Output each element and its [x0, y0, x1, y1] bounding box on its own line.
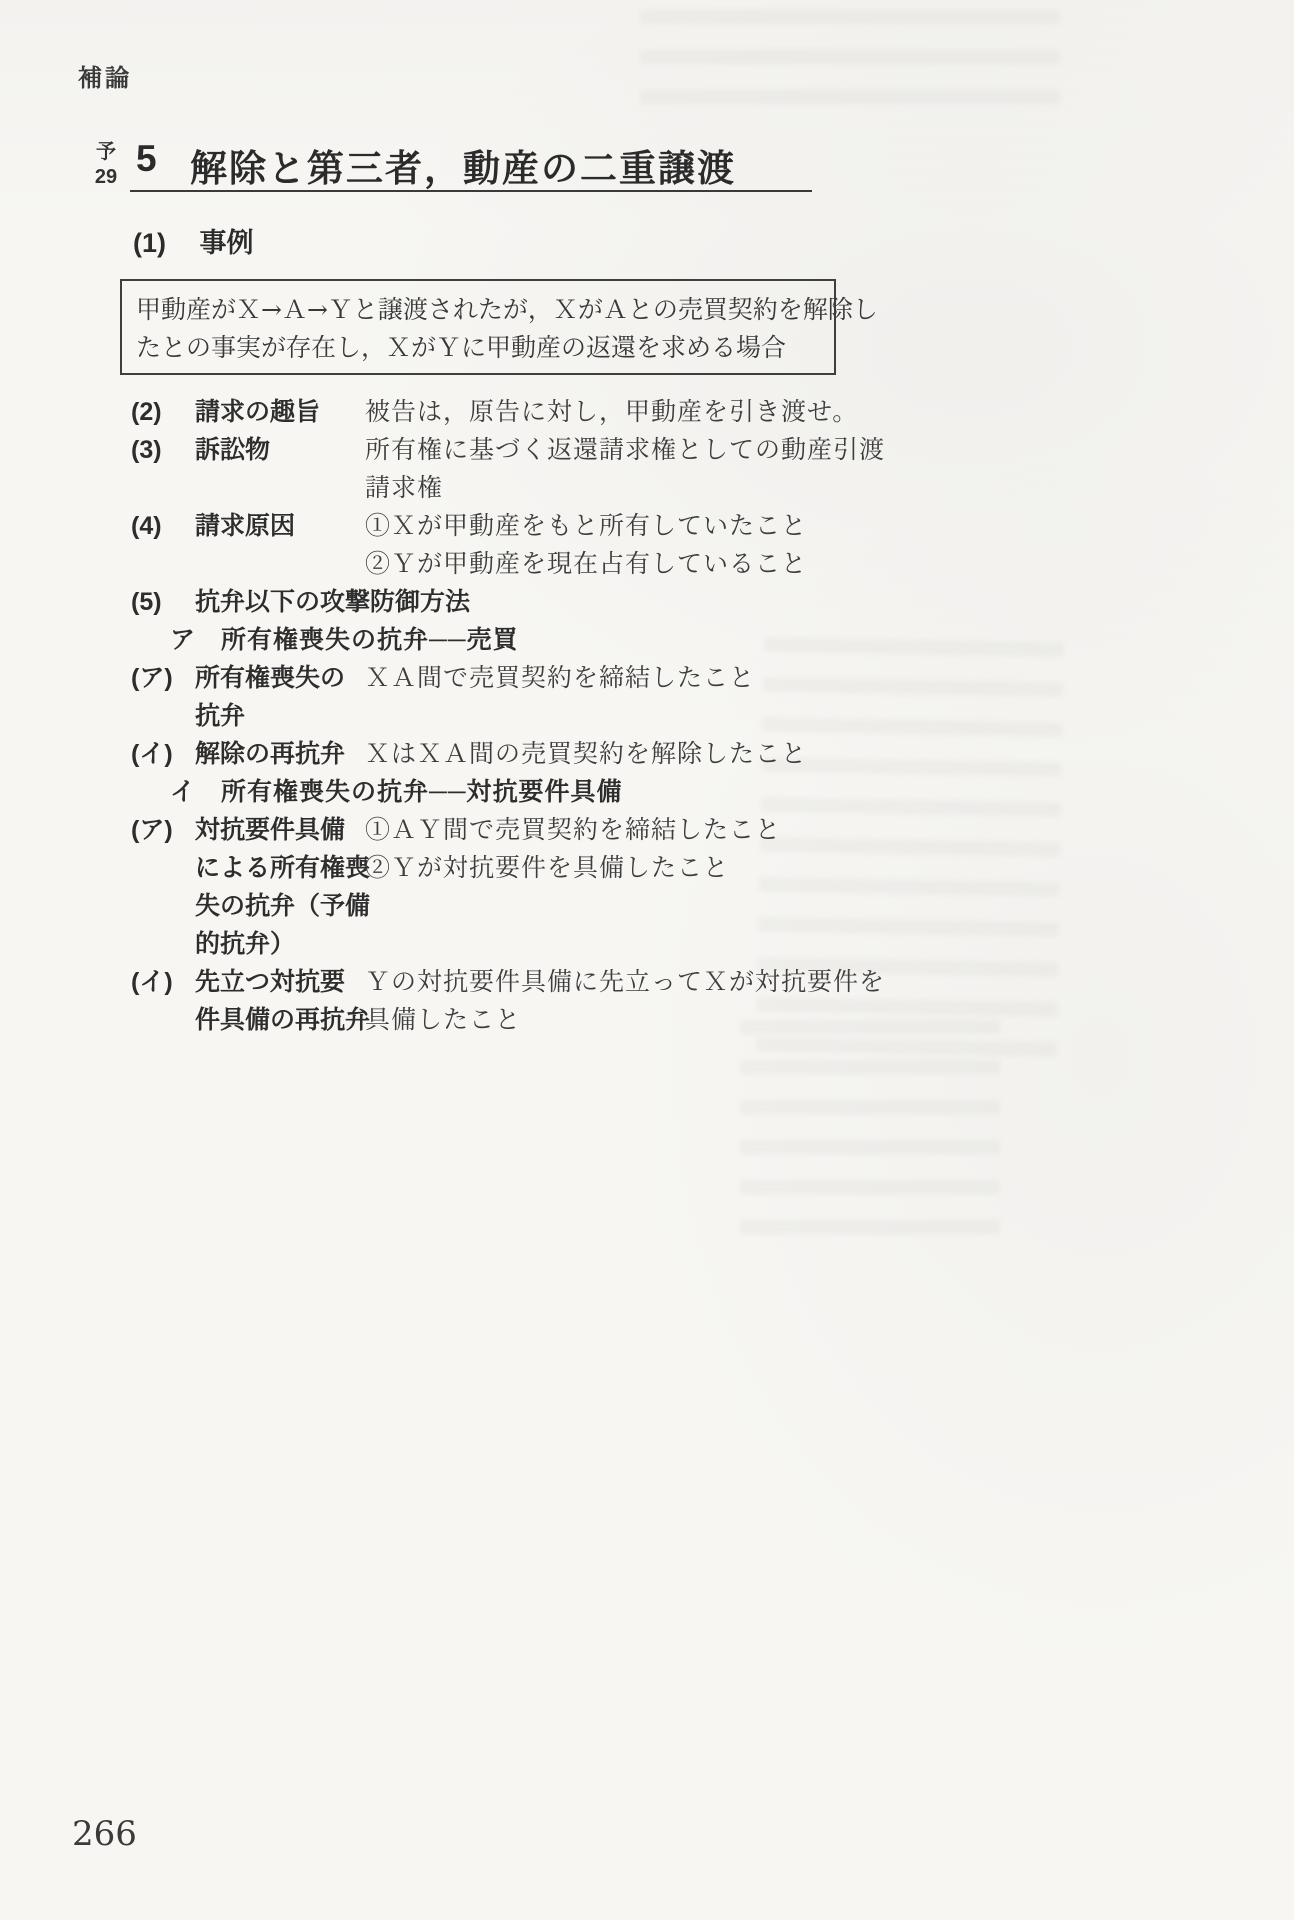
- bleed-through-artifact: [740, 1020, 1000, 1240]
- case-box-line: 甲動産がＸ→Ａ→Ｙと譲渡されたが，ＸがＡとの売買契約を解除し: [136, 291, 824, 329]
- subheading-ownership-loss-sale: ア所有権喪失の抗弁──売買: [131, 621, 1191, 659]
- row-label-line: 対抗要件具備: [195, 811, 365, 849]
- row-content: ＸはＸＡ間の売買契約を解除したこと: [365, 735, 1191, 773]
- row-perfection-defense: (ア) 対抗要件具備 による所有権喪 失の抗弁（予備 的抗弁） ①ＡＹ間で売買契…: [131, 811, 1191, 963]
- title-underline: [130, 190, 812, 192]
- row-label-line: 解除の再抗弁: [195, 735, 365, 773]
- row-content-line: ①ＡＹ間で売買契約を締結したこと: [365, 811, 1191, 849]
- row-label: 訴訟物: [195, 431, 365, 469]
- margin-mark-number: 29: [84, 165, 128, 190]
- row-label: 先立つ対抗要 件具備の再抗弁: [195, 963, 365, 1039]
- row-number: (ア): [131, 811, 195, 849]
- section-number: 5: [136, 138, 157, 180]
- row-label: 解除の再抗弁: [195, 735, 365, 773]
- case-heading-number: (1): [133, 228, 166, 258]
- row-content-line: 被告は，原告に対し，甲動産を引き渡せ。: [365, 393, 1191, 431]
- row-content: ＸＡ間で売買契約を締結したこと: [365, 659, 1191, 697]
- row-content: ①ＡＹ間で売買契約を締結したこと ②Ｙが対抗要件を具備したこと: [365, 811, 1191, 887]
- row-content-line: 請求権: [365, 469, 1191, 507]
- case-example-box: 甲動産がＸ→Ａ→Ｙと譲渡されたが，ＸがＡとの売買契約を解除し たとの事実が存在し…: [120, 279, 836, 375]
- row-number: (5): [131, 583, 195, 621]
- row-prior-perfection-rebuttal: (イ) 先立つ対抗要 件具備の再抗弁 Ｙの対抗要件具備に先立ってＸが対抗要件を …: [131, 963, 1191, 1039]
- row-cause-of-claim: (4) 請求原因 ①Ｘが甲動産をもと所有していたこと ②Ｙが甲動産を現在占有して…: [131, 507, 1191, 583]
- row-label-line: 所有権喪失の: [195, 659, 365, 697]
- row-content-line: 具備したこと: [365, 1001, 1191, 1039]
- row-content-line: 所有権に基づく返還請求権としての動産引渡: [365, 431, 1191, 469]
- row-label-line: 失の抗弁（予備: [195, 887, 365, 925]
- margin-mark: 予 29: [84, 140, 128, 190]
- row-number: (ア): [131, 659, 195, 697]
- row-ownership-loss-defense: (ア) 所有権喪失の 抗弁 ＸＡ間で売買契約を締結したこと: [131, 659, 1191, 735]
- subheading-kana: ア: [170, 621, 195, 659]
- row-subject-of-suit: (3) 訴訟物 所有権に基づく返還請求権としての動産引渡 請求権: [131, 431, 1191, 507]
- row-label-line: 請求の趣旨: [195, 393, 365, 431]
- row-label: 請求原因: [195, 507, 365, 545]
- row-claim-purpose: (2) 請求の趣旨 被告は，原告に対し，甲動産を引き渡せ。: [131, 393, 1191, 431]
- row-label: 請求の趣旨: [195, 393, 365, 431]
- row-number: (イ): [131, 963, 195, 1001]
- row-label-line: 件具備の再抗弁: [195, 1001, 365, 1039]
- row-heading-text: 抗弁以下の攻撃防御方法: [195, 583, 470, 621]
- row-number: (4): [131, 507, 195, 545]
- row-label-line: 請求原因: [195, 507, 365, 545]
- running-header: 補論: [78, 58, 132, 93]
- bleed-through-artifact: [640, 10, 1060, 130]
- row-number: (イ): [131, 735, 195, 773]
- row-content-line: ＸＡ間で売買契約を締結したこと: [365, 659, 1191, 697]
- row-label: 対抗要件具備 による所有権喪 失の抗弁（予備 的抗弁）: [195, 811, 365, 963]
- row-content-line: Ｙの対抗要件具備に先立ってＸが対抗要件を: [365, 963, 1191, 1001]
- row-label-line: 的抗弁）: [195, 925, 365, 963]
- row-label-line: 先立つ対抗要: [195, 963, 365, 1001]
- row-content: 被告は，原告に対し，甲動産を引き渡せ。: [365, 393, 1191, 431]
- row-content-line: ＸはＸＡ間の売買契約を解除したこと: [365, 735, 1191, 773]
- case-heading: (1) 事例: [133, 221, 254, 260]
- row-number: (3): [131, 431, 195, 469]
- row-label-line: 抗弁: [195, 697, 365, 735]
- subheading-kana: イ: [170, 773, 195, 811]
- row-content: Ｙの対抗要件具備に先立ってＸが対抗要件を 具備したこと: [365, 963, 1191, 1039]
- subheading-text: 所有権喪失の抗弁──売買: [221, 626, 518, 654]
- row-defenses-heading: (5) 抗弁以下の攻撃防御方法: [131, 583, 1191, 621]
- row-content-line: ①Ｘが甲動産をもと所有していたこと: [365, 507, 1191, 545]
- case-box-line: たとの事実が存在し，ＸがＹに甲動産の返還を求める場合: [136, 329, 824, 367]
- row-content-line: ②Ｙが甲動産を現在占有していること: [365, 545, 1191, 583]
- row-label-line: 訴訟物: [195, 431, 365, 469]
- section-title: 解除と第三者，動産の二重譲渡: [190, 138, 736, 192]
- case-heading-label: 事例: [200, 228, 254, 258]
- outline-body: (2) 請求の趣旨 被告は，原告に対し，甲動産を引き渡せ。 (3) 訴訟物 所有…: [131, 393, 1191, 1039]
- page-number: 266: [72, 1814, 137, 1854]
- margin-mark-top: 予: [84, 140, 128, 165]
- subheading-text: 所有権喪失の抗弁──対抗要件具備: [221, 778, 622, 806]
- subheading-ownership-loss-perfection: イ所有権喪失の抗弁──対抗要件具備: [131, 773, 1191, 811]
- row-content: 所有権に基づく返還請求権としての動産引渡 請求権: [365, 431, 1191, 507]
- row-content-line: ②Ｙが対抗要件を具備したこと: [365, 849, 1191, 887]
- row-label-line: による所有権喪: [195, 849, 365, 887]
- row-rescission-rebuttal: (イ) 解除の再抗弁 ＸはＸＡ間の売買契約を解除したこと: [131, 735, 1191, 773]
- row-content: ①Ｘが甲動産をもと所有していたこと ②Ｙが甲動産を現在占有していること: [365, 507, 1191, 583]
- row-label: 所有権喪失の 抗弁: [195, 659, 365, 735]
- row-number: (2): [131, 393, 195, 431]
